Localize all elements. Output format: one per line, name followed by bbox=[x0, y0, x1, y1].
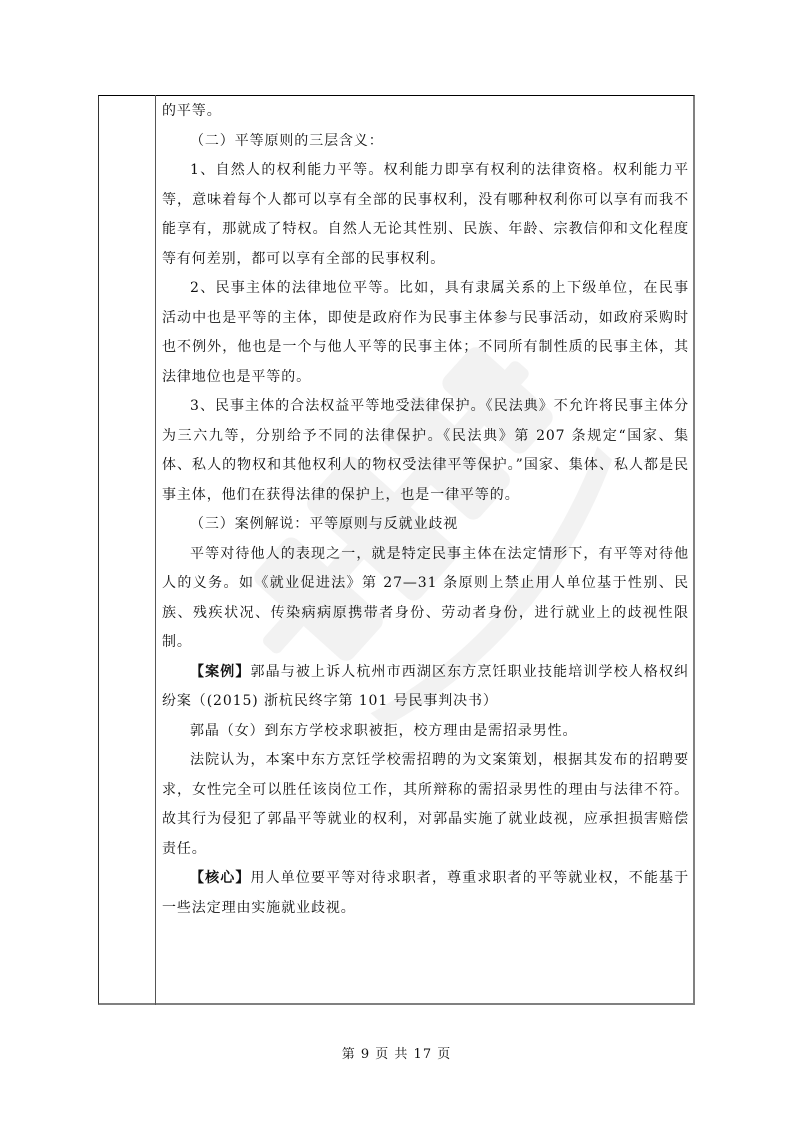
paragraph-point-1: 1、自然人的权利能力平等。权利能力即享有权利的法律资格。权利能力平等，意味着每个… bbox=[162, 156, 689, 274]
document-page: 的平等。 （二）平等原则的三层含义： 1、自然人的权利能力平等。权利能力即享有权… bbox=[0, 0, 793, 1122]
table-column-divider bbox=[155, 95, 156, 1005]
paragraph-case: 【案例】郭晶与被上诉人杭州市西湖区东方烹饪职业技能培训学校人格权纠纷案（(201… bbox=[162, 658, 689, 717]
section-heading-2: （二）平等原则的三层含义： bbox=[162, 127, 689, 157]
paragraph-point-3: 3、民事主体的合法权益平等地受法律保护。《民法典》不允许将民事主体分为三六九等，… bbox=[162, 392, 689, 510]
core-label: 【核心】 bbox=[190, 870, 251, 886]
cell-content: 的平等。 （二）平等原则的三层含义： 1、自然人的权利能力平等。权利能力即享有权… bbox=[162, 97, 689, 923]
paragraph-point-2: 2、民事主体的法律地位平等。比如，具有隶属关系的上下级单位，在民事活动中也是平等… bbox=[162, 274, 689, 392]
page-number-footer: 第 9 页 共 17 页 bbox=[0, 1043, 793, 1062]
paragraph-explanation: 平等对待他人的表现之一，就是特定民事主体在法定情形下，有平等对待他人的义务。如《… bbox=[162, 540, 689, 658]
paragraph-case-facts: 郭晶（女）到东方学校求职被拒，校方理由是需招录男性。 bbox=[162, 717, 689, 747]
section-heading-3: （三）案例解说：平等原则与反就业歧视 bbox=[162, 510, 689, 540]
paragraph-continuation: 的平等。 bbox=[162, 97, 689, 127]
paragraph-core: 【核心】用人单位要平等对待求职者，尊重求职者的平等就业权，不能基于一些法定理由实… bbox=[162, 864, 689, 923]
paragraph-court-opinion: 法院认为，本案中东方烹饪学校需招聘的为文案策划，根据其发布的招聘要求，女性完全可… bbox=[162, 746, 689, 864]
case-label: 【案例】 bbox=[190, 664, 251, 680]
